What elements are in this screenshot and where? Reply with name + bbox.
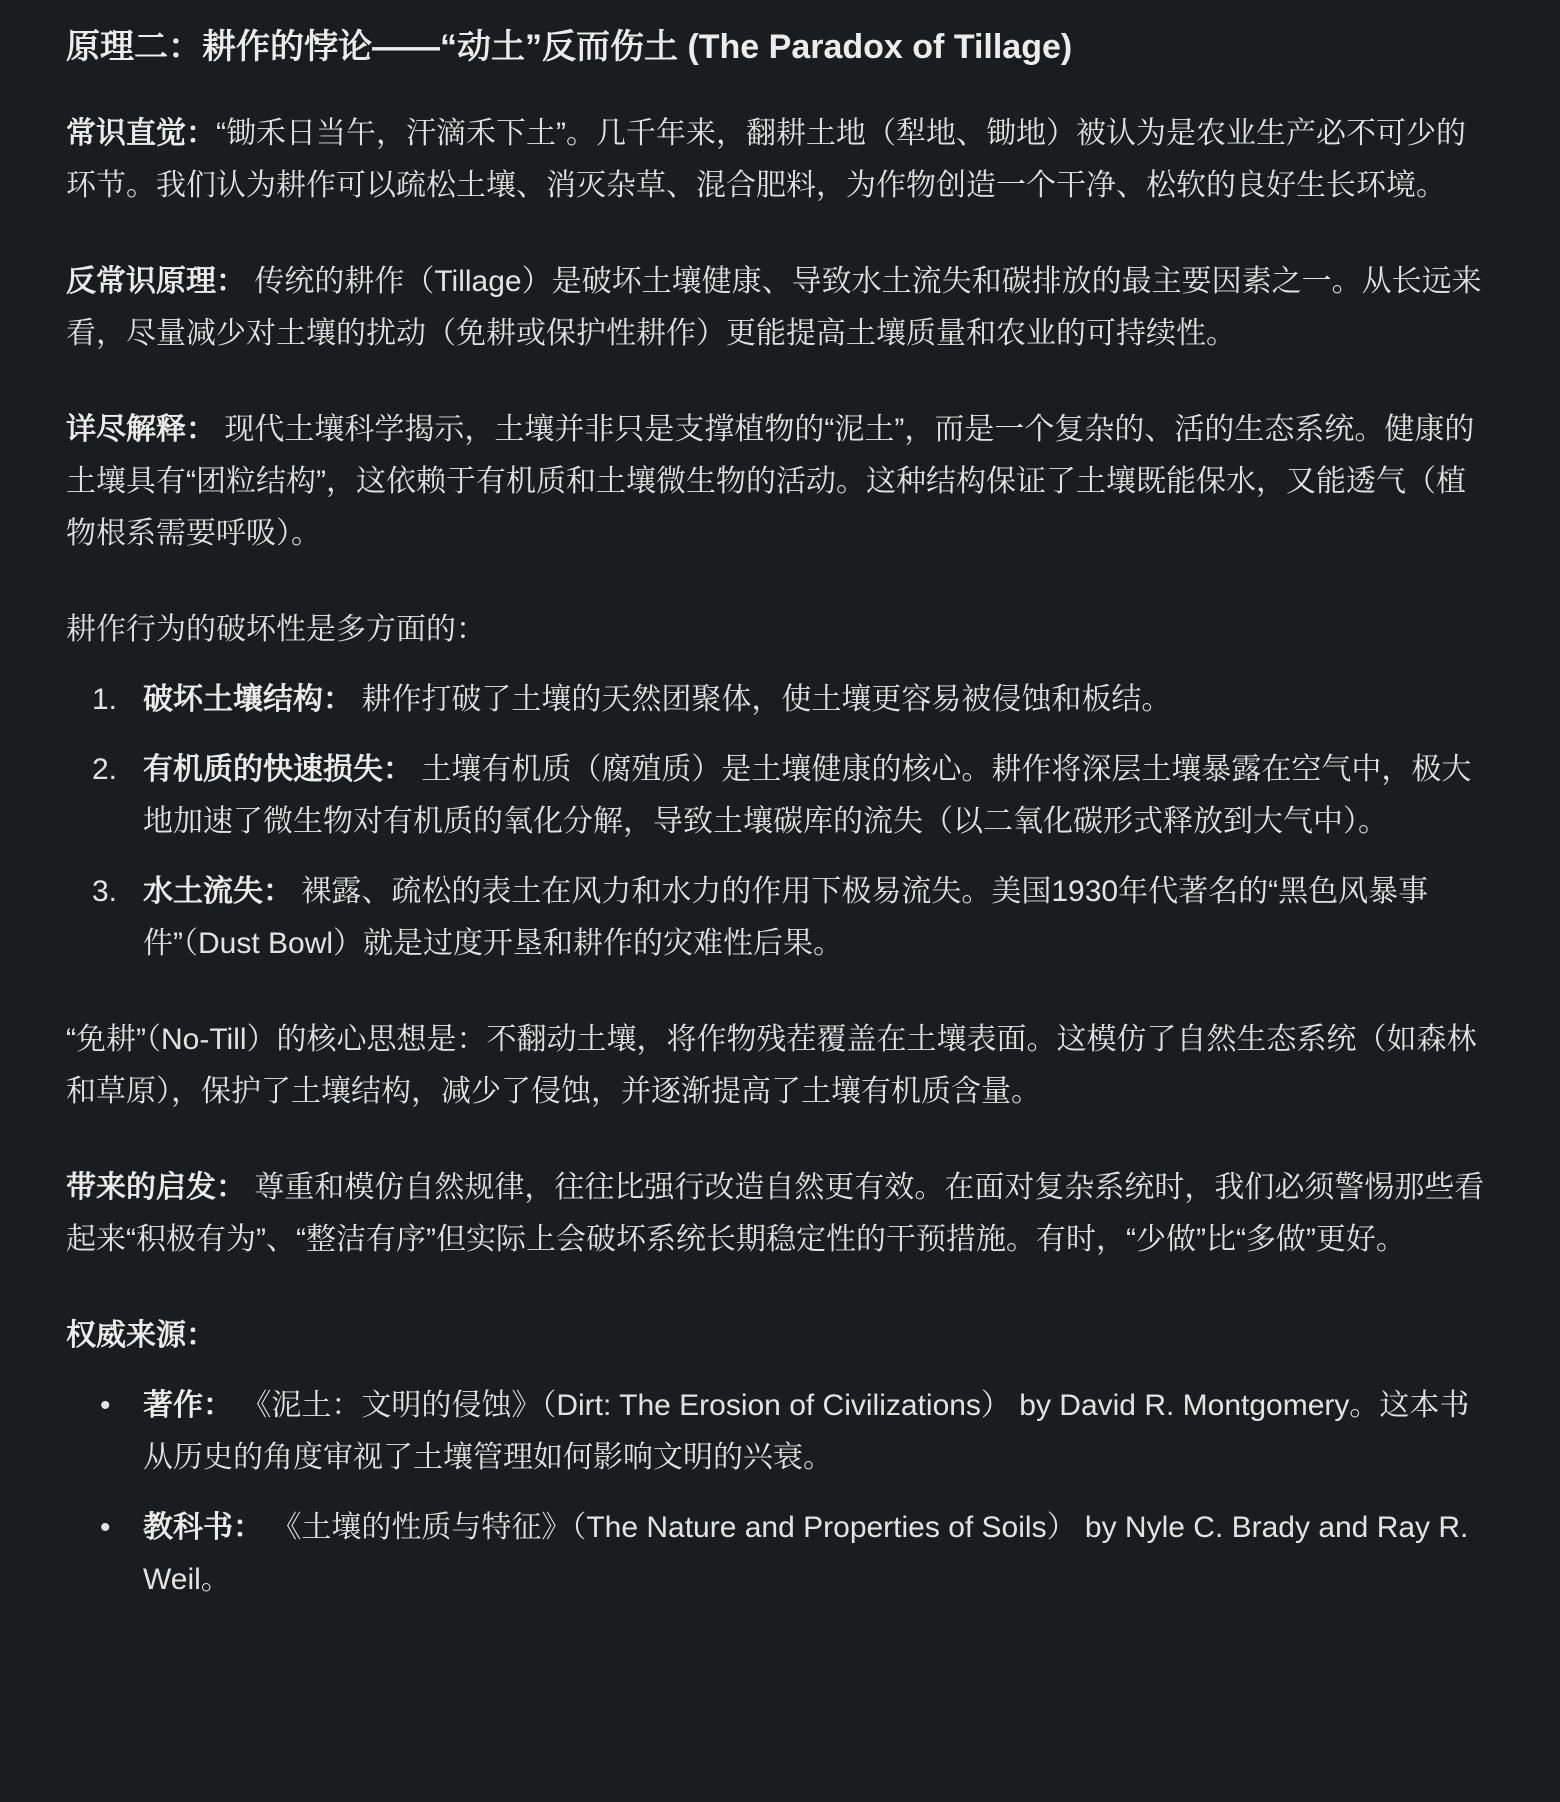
chat-response-text: 原理二：耕作的悖论——“动土”反而伤土 (The Paradox of Till… bbox=[0, 0, 1560, 1690]
paragraph-sources-heading: 权威来源： bbox=[66, 1310, 1494, 1362]
list-item: 2.有机质的快速损失： 土壤有机质（腐殖质）是土壤健康的核心。耕作将深层土壤暴露… bbox=[66, 744, 1494, 848]
list-item-label: 有机质的快速损失： bbox=[143, 753, 413, 786]
list-number: 2. bbox=[92, 744, 117, 796]
paragraph-text: “锄禾日当午，汗滴禾下土”。几千年来，翻耕土地（犁地、锄地）被认为是农业生产必不… bbox=[66, 117, 1466, 202]
list-item: •教科书： 《土壤的性质与特征》（The Nature and Properti… bbox=[66, 1502, 1494, 1606]
list-item-text: 裸露、疏松的表土在风力和水力的作用下极易流失。美国1930年代著名的“黑色风暴事… bbox=[143, 875, 1428, 960]
paragraph-text: 现代土壤科学揭示，土壤并非只是支撑植物的“泥土”，而是一个复杂的、活的生态系统。… bbox=[66, 413, 1474, 550]
list-item-label: 著作： bbox=[143, 1389, 233, 1422]
list-item-label: 水土流失： bbox=[143, 875, 293, 908]
paragraph-no-till: “免耕”（No-Till）的核心思想是：不翻动土壤，将作物残茬覆盖在土壤表面。这… bbox=[66, 1014, 1494, 1118]
paragraph-detailed-explanation: 详尽解释： 现代土壤科学揭示，土壤并非只是支撑植物的“泥土”，而是一个复杂的、活… bbox=[66, 404, 1494, 560]
bullet-marker: • bbox=[100, 1502, 111, 1554]
bullet-list-sources: •著作： 《泥土：文明的侵蚀》（Dirt: The Erosion of Civ… bbox=[66, 1380, 1494, 1606]
label-counter-principle: 反常识原理： bbox=[66, 265, 246, 298]
paragraph-counter-principle: 反常识原理： 传统的耕作（Tillage）是破坏土壤健康、导致水土流失和碳排放的… bbox=[66, 256, 1494, 360]
label-sources: 权威来源： bbox=[66, 1319, 216, 1352]
list-item-text: 《土壤的性质与特征》（The Nature and Properties of … bbox=[143, 1511, 1468, 1596]
list-item: 1.破坏土壤结构： 耕作打破了土壤的天然团聚体，使土壤更容易被侵蚀和板结。 bbox=[66, 674, 1494, 726]
paragraph-insight: 带来的启发： 尊重和模仿自然规律，往往比强行改造自然更有效。在面对复杂系统时，我… bbox=[66, 1162, 1494, 1266]
numbered-list-tillage-damage: 1.破坏土壤结构： 耕作打破了土壤的天然团聚体，使土壤更容易被侵蚀和板结。 2.… bbox=[66, 674, 1494, 970]
bullet-marker: • bbox=[100, 1380, 111, 1432]
list-item-text: 耕作打破了土壤的天然团聚体，使土壤更容易被侵蚀和板结。 bbox=[353, 683, 1171, 716]
list-item: •著作： 《泥土：文明的侵蚀》（Dirt: The Erosion of Civ… bbox=[66, 1380, 1494, 1484]
list-number: 3. bbox=[92, 866, 117, 918]
section-heading: 原理二：耕作的悖论——“动土”反而伤土 (The Paradox of Till… bbox=[66, 24, 1494, 70]
list-item-text: 《泥土：文明的侵蚀》（Dirt: The Erosion of Civiliza… bbox=[143, 1389, 1469, 1474]
paragraph-list-intro: 耕作行为的破坏性是多方面的： bbox=[66, 604, 1494, 656]
list-item-label: 破坏土壤结构： bbox=[143, 683, 353, 716]
label-common-intuition: 常识直觉： bbox=[66, 117, 216, 150]
list-item: 3.水土流失： 裸露、疏松的表土在风力和水力的作用下极易流失。美国1930年代著… bbox=[66, 866, 1494, 970]
label-insight: 带来的启发： bbox=[66, 1171, 246, 1204]
list-number: 1. bbox=[92, 674, 117, 726]
label-detailed-explanation: 详尽解释： bbox=[66, 413, 216, 446]
list-item-label: 教科书： bbox=[143, 1511, 263, 1544]
paragraph-text: 传统的耕作（Tillage）是破坏土壤健康、导致水土流失和碳排放的最主要因素之一… bbox=[66, 265, 1482, 350]
paragraph-text: 尊重和模仿自然规律，往往比强行改造自然更有效。在面对复杂系统时，我们必须警惕那些… bbox=[66, 1171, 1484, 1256]
paragraph-common-intuition: 常识直觉：“锄禾日当午，汗滴禾下土”。几千年来，翻耕土地（犁地、锄地）被认为是农… bbox=[66, 108, 1494, 212]
